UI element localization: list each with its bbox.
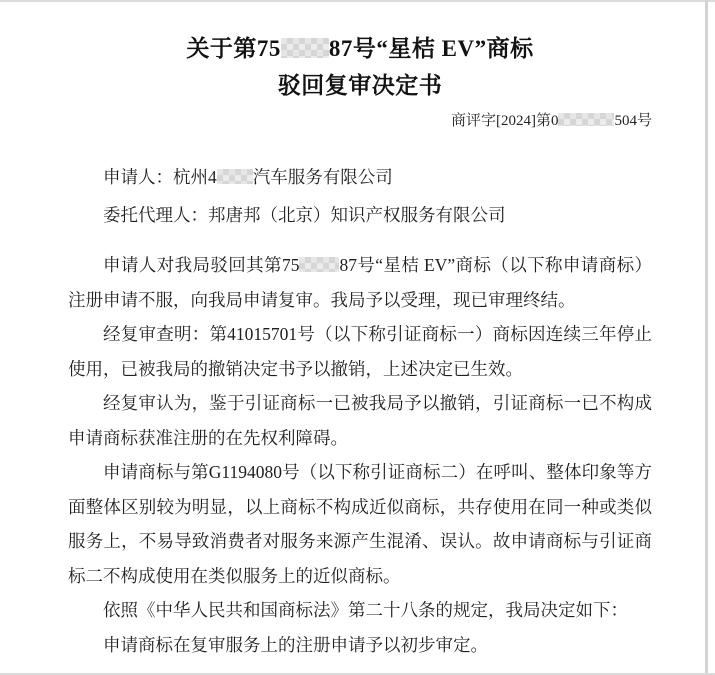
case-number: 商评字[2024]第0504号 — [68, 109, 652, 130]
paragraph-6: 申请商标在复审服务上的注册申请予以初步审定。 — [68, 628, 652, 663]
redaction-mosaic-title — [281, 38, 329, 58]
paragraph-1-prefix: 申请人对我局驳回其第75 — [103, 255, 299, 275]
agent-line: 委托代理人：邦唐邦（北京）知识产权服务有限公司 — [68, 196, 652, 234]
case-number-suffix: 504号 — [614, 113, 652, 129]
case-number-prefix: 商评字[2024]第0 — [451, 113, 559, 129]
applicant-prefix: 申请人：杭州 — [103, 167, 208, 187]
redaction-mosaic-case-number — [558, 113, 614, 126]
paragraph-3: 经复审认为，鉴于引证商标一已被我局予以撤销，引证商标一已不构成申请商标获准注册的… — [68, 386, 652, 455]
paragraph-5: 依照《中华人民共和国商标法》第二十八条的规定，我局决定如下： — [68, 593, 652, 628]
title-number-suffix: 87号“星桔 EV”商标 — [329, 36, 534, 61]
paragraph-1: 申请人对我局驳回其第7587号“星桔 EV”商标（以下称申请商标）注册申请不服，… — [68, 248, 652, 317]
redaction-mosaic-applicant — [217, 169, 253, 184]
page-right-border — [705, 0, 708, 675]
paragraph-2: 经复审查明：第41015701号（以下称引证商标一）商标因连续三年停止使用，已被… — [68, 317, 652, 386]
title-line1: 关于第7587号“星桔 EV”商标 — [186, 36, 533, 61]
parties-section: 申请人：杭州4汽车服务有限公司 委托代理人：邦唐邦（北京）知识产权服务有限公司 — [68, 158, 652, 234]
page-top-border — [0, 0, 715, 2]
document-body: 关于第7587号“星桔 EV”商标 驳回复审决定书 商评字[2024]第0504… — [0, 0, 715, 662]
document-title: 关于第7587号“星桔 EV”商标 驳回复审决定书 — [68, 30, 652, 104]
applicant-suffix: 汽车服务有限公司 — [253, 167, 393, 187]
document-page: 关于第7587号“星桔 EV”商标 驳回复审决定书 商评字[2024]第0504… — [0, 0, 715, 675]
title-number-prefix: 关于第75 — [186, 36, 281, 61]
applicant-fragment: 4 — [208, 167, 217, 187]
decision-text: 申请人对我局驳回其第7587号“星桔 EV”商标（以下称申请商标）注册申请不服，… — [68, 248, 652, 662]
paragraph-4: 申请商标与第G1194080号（以下称引证商标二）在呼叫、整体印象等方面整体区别… — [68, 455, 652, 593]
title-line2: 驳回复审决定书 — [278, 73, 443, 98]
redaction-mosaic-paragraph-1 — [299, 257, 339, 272]
applicant-line: 申请人：杭州4汽车服务有限公司 — [68, 158, 652, 196]
